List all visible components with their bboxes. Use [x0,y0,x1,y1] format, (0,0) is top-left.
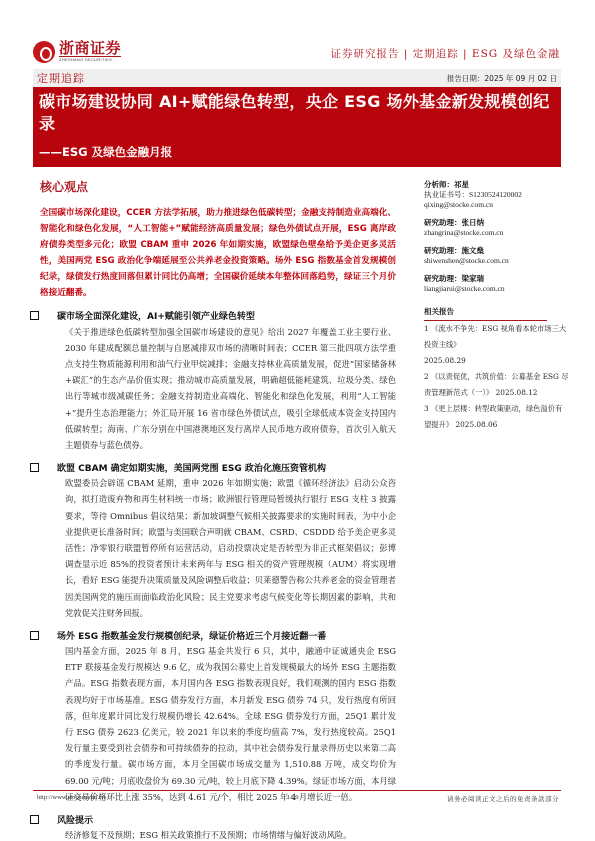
footer-divider [33,790,561,791]
report-meta-band: 定期追踪 报告日期：2025 年 09 月 02 日 [33,69,561,87]
related-report-date: 2025.08.29 [424,353,569,369]
section-heading: 风险提示 [57,813,93,826]
report-date: 报告日期：2025 年 09 月 02 日 [447,73,557,84]
analyst-name: 分析师：祁星 [424,180,569,190]
related-report-item[interactable]: 2 《以责促优，共筑价值：公募基金 ESG 尽责管理新范式（一）》 2025.0… [424,369,569,401]
assistant-name: 研究助理：梁家瑞 [424,274,569,284]
core-heading: 核心观点 [40,178,396,195]
section-risk: 风险提示 经济修复不及预期；ESG 相关政策推行不及预期；市场情绪与偏好波动风险… [40,811,396,841]
related-report-title[interactable]: 1 《流水不争先：ESG 视角看本轮市场三大投资主线》 [424,324,566,349]
assistant-name: 研究助理：张日纳 [424,218,569,228]
assistant-email[interactable]: zhangrina@stocke.com.cn [424,228,569,238]
logo-cn: 浙商证券 [59,40,121,56]
related-reports-heading: 相关报告 [424,306,547,321]
core-summary: 全国碳市场深化建设，CCER 方法学拓展，助力推进绿色低碳转型；金融支持制造业高… [40,205,396,302]
sidebar: 分析师：祁星 执业证书号：S1230524120002 qixing@stock… [424,180,569,433]
assistant-block: 研究助理：梁家瑞 liangjiarui@stocke.com.cn [424,274,569,294]
related-report-date: 2025.08.06 [456,420,498,429]
logo-en: ZHESHANG SECURITIES [59,56,121,63]
assistant-email[interactable]: liangjiarui@stocke.com.cn [424,284,569,294]
section-heading: 碳市场全面深化建设，AI+赋能引领产业绿色转型 [57,309,255,322]
company-logo: 浙商证券 ZHESHANG SECURITIES [33,40,121,63]
assistant-block: 研究助理：张日纳 zhangrina@stocke.com.cn [424,218,569,238]
section-esg-funds: 场外 ESG 指数基金发行规模创纪录，绿证价格近三个月接近翻一番 国内基金方面，… [40,627,396,805]
related-report-item[interactable]: 3 《更上层楼：转型政策驱动，绿色溢价有望提升》 2025.08.06 [424,401,569,433]
section-body: 经济修复不及预期；ESG 相关政策推行不及预期；市场情绪与偏好波动风险。 [65,827,396,841]
section-heading: 欧盟 CBAM 确定如期实施，美国两党围 ESG 政治化施压资管机构 [57,461,326,474]
page-subtitle: ——ESG 及绿色金融月报 [39,144,172,160]
section-carbon-market: 碳市场全面深化建设，AI+赋能引领产业绿色转型 《关于推进绿色低碳转型加强全国碳… [40,308,396,454]
footer-url[interactable]: http://www.stocke.com.cn [37,794,105,801]
checkbox-bullet-icon [30,311,39,320]
section-body: 国内基金方面，2025 年 8 月，ESG 基金共发行 6 只，其中，融通中证诚… [65,643,396,805]
analyst-email[interactable]: qixing@stocke.com.cn [424,200,569,210]
checkbox-bullet-icon [30,463,39,472]
section-body: 欧盟委员会辟谣 CBAM 延期，重申 2026 年如期实施；欧盟《循环经济法》启… [65,475,396,621]
logo-icon [33,41,55,63]
assistant-email[interactable]: shiwenshen@stocke.com.cn [424,256,569,266]
section-heading: 场外 ESG 指数基金发行规模创纪录，绿证价格近三个月接近翻一番 [57,629,326,642]
checkbox-bullet-icon [30,815,39,824]
page-title: 碳市场建设协同 AI+赋能绿色转型，央企 ESG 场外基金新发规模创纪录 [39,91,559,135]
report-type: 定期追踪 [37,70,85,86]
main-content: 核心观点 全国碳市场深化建设，CCER 方法学拓展，助力推进绿色低碳转型；金融支… [40,178,396,841]
related-report-item[interactable]: 1 《流水不争先：ESG 视角看本轮市场三大投资主线》 2025.08.29 [424,321,569,369]
page-number: 1/29 [287,794,299,801]
footer-disclaimer: 请务必阅读正文之后的免责条款部分 [447,794,559,803]
report-category-nav: 证券研究报告 | 定期追踪 | ESG 及绿色金融 [330,46,560,61]
checkbox-bullet-icon [30,631,39,640]
title-banner: 碳市场建设协同 AI+赋能绿色转型，央企 ESG 场外基金新发规模创纪录 ——E… [33,87,561,167]
assistant-name: 研究助理：施文燊 [424,246,569,256]
analyst-block: 分析师：祁星 执业证书号：S1230524120002 qixing@stock… [424,180,569,210]
assistant-block: 研究助理：施文燊 shiwenshen@stocke.com.cn [424,246,569,266]
section-body: 《关于推进绿色低碳转型加强全国碳市场建设的意见》给出 2027 年覆盖工业主要行… [65,324,396,454]
analyst-cert: 执业证书号：S1230524120002 [424,190,569,200]
section-eu-cbam: 欧盟 CBAM 确定如期实施，美国两党围 ESG 政治化施压资管机构 欧盟委员会… [40,459,396,621]
related-report-date: 2025.08.12 [496,388,538,397]
